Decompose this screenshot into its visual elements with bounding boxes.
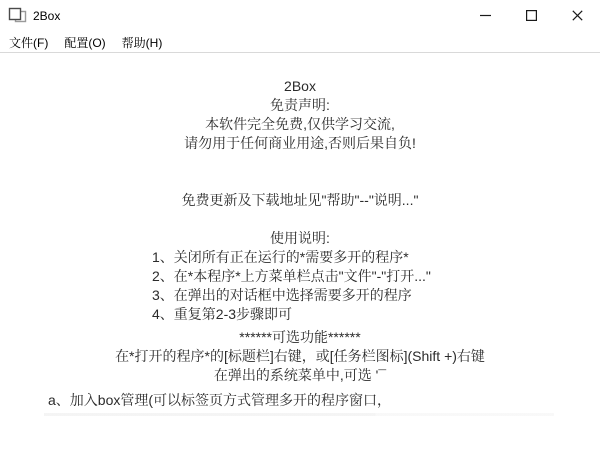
app-window: 2Box 文件(F) 配置(O) 帮助(H) 2Box免责 — [0, 0, 600, 451]
menubar: 文件(F) 配置(O) 帮助(H) — [0, 32, 600, 53]
minimize-button[interactable] — [462, 0, 508, 32]
window-title: 2Box — [33, 9, 60, 23]
text-line: 2Box — [0, 77, 600, 96]
content-area: 2Box免责声明:本软件完全免费,仅供学习交流,请勿用于任何商业用途,否则后果自… — [0, 53, 600, 416]
text-line: 在弹出的系统菜单中,可选 '¯ — [0, 366, 600, 385]
menu-item-help[interactable]: 帮助(H) — [114, 32, 171, 53]
text-line: 免费更新及下载地址见"帮助"--"说明..." — [0, 191, 600, 210]
app-icon[interactable] — [7, 6, 27, 26]
text-line: 4、重复第2-3步骤即可 — [0, 305, 600, 324]
text-line: ******可选功能****** — [0, 328, 600, 347]
close-button[interactable] — [554, 0, 600, 32]
text-line — [0, 153, 600, 172]
text-line: 本软件完全免费,仅供学习交流, — [0, 115, 600, 134]
close-icon — [572, 9, 583, 24]
minimize-icon — [480, 9, 491, 24]
menu-item-config[interactable]: 配置(O) — [56, 32, 113, 53]
text-line: 免责声明: — [0, 96, 600, 115]
text-line: a、加入box管理(可以标签页方式管理多开的程序窗口， — [0, 391, 600, 410]
content-lines: 2Box免责声明:本软件完全免费,仅供学习交流,请勿用于任何商业用途,否则后果自… — [0, 77, 600, 410]
text-line — [0, 172, 600, 191]
maximize-button[interactable] — [508, 0, 554, 32]
text-line — [0, 210, 600, 229]
text-line: 1、关闭所有正在运行的*需要多开的程序* — [0, 248, 600, 267]
text-line: 请勿用于任何商业用途,否则后果自负! — [0, 134, 600, 153]
maximize-icon — [526, 9, 537, 24]
titlebar: 2Box — [0, 0, 600, 32]
text-line: 2、在*本程序*上方菜单栏点击"文件"-"打开..." — [0, 267, 600, 286]
text-line: 使用说明: — [0, 229, 600, 248]
menu-item-file[interactable]: 文件(F) — [1, 32, 56, 53]
faded-text-artifact — [44, 413, 554, 416]
text-line: 3、在弹出的对话框中选择需要多开的程序 — [0, 286, 600, 305]
text-line: 在*打开的程序*的[标题栏]右键，或[任务栏图标](Shift +)右键 — [0, 347, 600, 366]
